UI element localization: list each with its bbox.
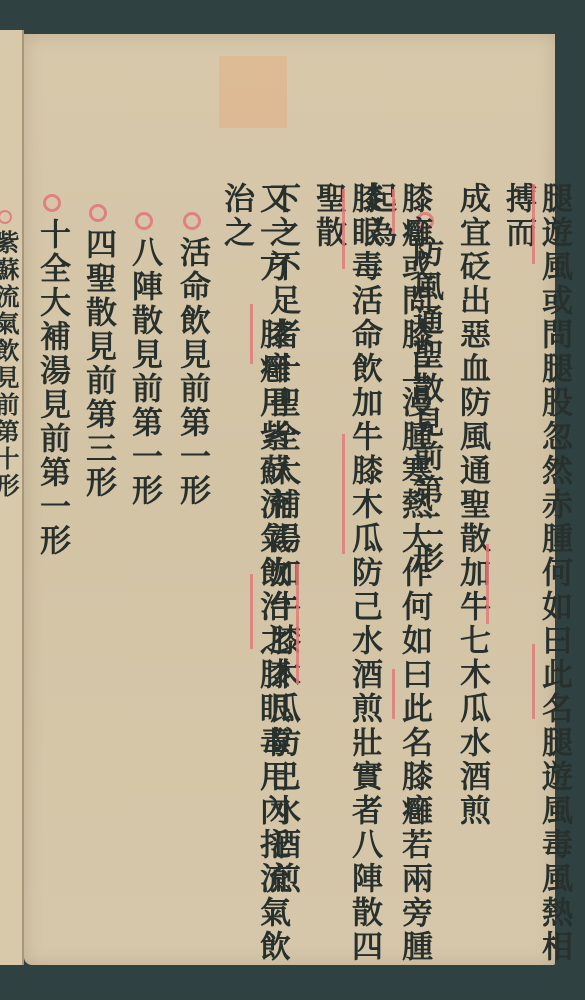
red-underline bbox=[532, 184, 535, 264]
circle-marker-icon bbox=[43, 194, 61, 212]
text-column-10: 四聖散見前第三形 bbox=[80, 204, 116, 500]
red-underline bbox=[392, 189, 395, 234]
text-column-11: 十全大補湯見前第一形 bbox=[34, 194, 70, 558]
red-underline bbox=[486, 544, 489, 624]
circle-marker-icon bbox=[183, 212, 201, 230]
left-page-column: 紫蘇流氣飲見前第十形 bbox=[0, 210, 18, 500]
red-underline bbox=[392, 669, 395, 719]
red-underline bbox=[250, 574, 253, 649]
text-column-7: 又一方 膝癰用紫蘇流氣飲治之膝眼毒用內托流氣飲治之 bbox=[218, 182, 290, 965]
circle-marker-icon bbox=[135, 212, 153, 230]
text-column-9: 八陣散見前第一形 bbox=[126, 212, 162, 508]
manuscript-page: 腿遊風或問腿股忽然赤腫何如曰此名腿遊風毒風熱相搏而 成宜砭出惡血防風通聖散加牛七… bbox=[24, 34, 555, 965]
text-column-5: 膝眼毒活命飲加牛膝木瓜防己水酒煎壯實者八陣散四聖散 bbox=[310, 182, 382, 965]
circle-marker-icon bbox=[89, 204, 107, 222]
text-column-8: 活命飲見前第一形 bbox=[174, 212, 210, 508]
red-underline bbox=[342, 189, 345, 269]
left-page-edge: 紫蘇流氣飲見前第十形 bbox=[0, 30, 24, 965]
red-underline bbox=[296, 564, 299, 684]
red-underline bbox=[250, 304, 253, 364]
text-column-2: 成宜砭出惡血防風通聖散加牛七木瓜水酒煎 bbox=[454, 182, 490, 828]
red-underline bbox=[342, 434, 345, 554]
circle-marker-icon bbox=[0, 210, 12, 224]
seal-stamp bbox=[219, 56, 287, 128]
red-underline bbox=[532, 644, 535, 719]
text-column-1: 腿遊風或問腿股忽然赤腫何如曰此名腿遊風毒風熱相搏而 bbox=[500, 182, 572, 965]
